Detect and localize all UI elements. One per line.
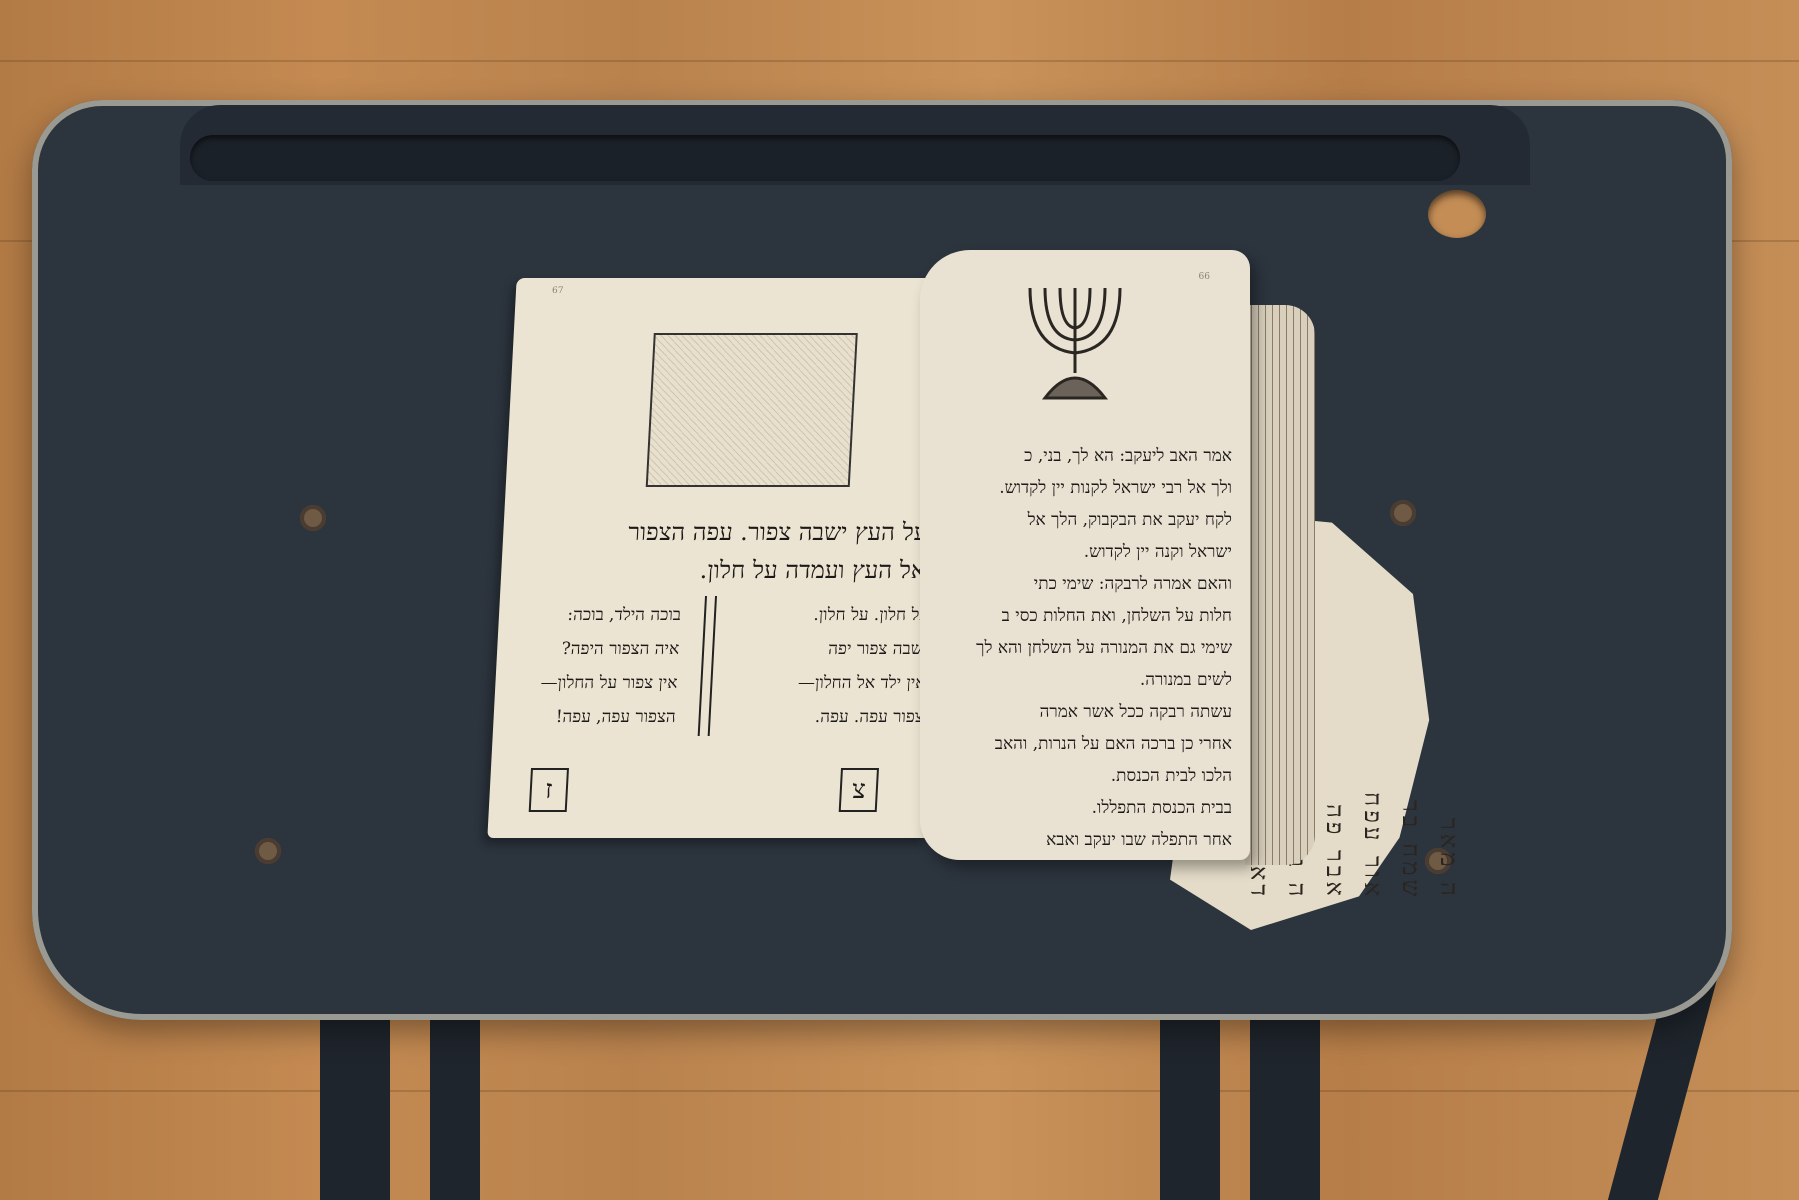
inkwell-hole (1428, 190, 1486, 238)
poem-left-column: בוכה הילד, בוכה: איה הצפור היפה? אין צפו… (505, 598, 682, 734)
menorah-illustration (1015, 278, 1135, 408)
desk-leg (1250, 1000, 1320, 1200)
headline-line: על העץ ישבה צפור. עפה הצפור (516, 513, 928, 551)
double-rule-divider (698, 596, 717, 736)
text-line: שימי גם את המנורה על השלחן והא לך (932, 632, 1232, 664)
headline: על העץ ישבה צפור. עפה הצפור אל העץ ועמדה… (514, 513, 928, 589)
scrap-line: שמח בר (1392, 540, 1430, 900)
poem-line: הצפור עפה, עפה! (505, 700, 677, 734)
poem-line: צפור עפה. עפה. (733, 700, 925, 734)
scrap-line: אור עפח (1354, 540, 1392, 900)
poem-line: ישבה צפור יפה (736, 632, 928, 666)
text-line: ישראל וקנה יין לקדוש. (932, 536, 1232, 568)
book-right-page: 66 אמר האב ליעקב: הא לך, בני, כ ולך אל ר… (920, 250, 1250, 860)
text-line: בבית הכנסת התפללו. (932, 792, 1232, 824)
desk-leg (430, 1000, 480, 1200)
screw-head (1390, 500, 1416, 526)
page-number: 67 (552, 286, 564, 296)
floor-plank (0, 60, 1799, 62)
text-line: ולך אל רבי ישראל לקנות יין לקדוש. (932, 472, 1232, 504)
text-line: אחרי כן ברכה האם על הנרות, והאב (932, 728, 1232, 760)
poem-line: איה הצפור היפה? (508, 632, 680, 666)
text-line: לקח יעקב את הבקבוק, הלך אל (932, 504, 1232, 536)
poem-line: אין צפור על החלון— (507, 666, 679, 700)
letter-box: ז (529, 768, 569, 812)
scrap-line: ה מאר (1430, 540, 1468, 900)
text-line: הביתה. (932, 856, 1232, 860)
book-page-edges (1245, 305, 1315, 865)
floor-plank (0, 1090, 1799, 1092)
poem-right-column: על חלון. על חלון. ישבה צפור יפה אין ילד … (733, 598, 930, 734)
text-line: לשים במנורה. (932, 664, 1232, 696)
poem-line: בוכה הילד, בוכה: (510, 598, 682, 632)
book-left-page: 67 על העץ ישבה צפור. עפה הצפור אל העץ וע… (487, 278, 956, 838)
text-line: אמר האב ליעקב: הא לך, בני, כ (932, 440, 1232, 472)
child-window-illustration (646, 333, 858, 487)
story-text: אמר האב ליעקב: הא לך, בני, כ ולך אל רבי … (932, 440, 1232, 860)
desk-leg (320, 1000, 390, 1200)
page-number: 66 (1199, 272, 1210, 282)
poem-line: על חלון. על חלון. (738, 598, 930, 632)
desk-leg (1160, 1000, 1220, 1200)
text-line: אחר התפלה שבו יעקב ואבא (932, 824, 1232, 856)
scrap-line: אבר פה (1316, 540, 1354, 900)
pen-groove (190, 135, 1460, 181)
text-line: עשתה רבקה ככל אשר אמרה (932, 696, 1232, 728)
text-line: והאם אמרה לרבקה: שימי כתי (932, 568, 1232, 600)
screw-head (255, 838, 281, 864)
letter-box: צ (839, 768, 879, 812)
headline-line: אל העץ ועמדה על חלון. (514, 551, 926, 589)
text-line: הלכו לבית הכנסת. (932, 760, 1232, 792)
text-line: חלות על השלחן, ואת החלות כסי ב (932, 600, 1232, 632)
poem-line: אין ילד אל החלון— (735, 666, 927, 700)
screw-head (300, 505, 326, 531)
